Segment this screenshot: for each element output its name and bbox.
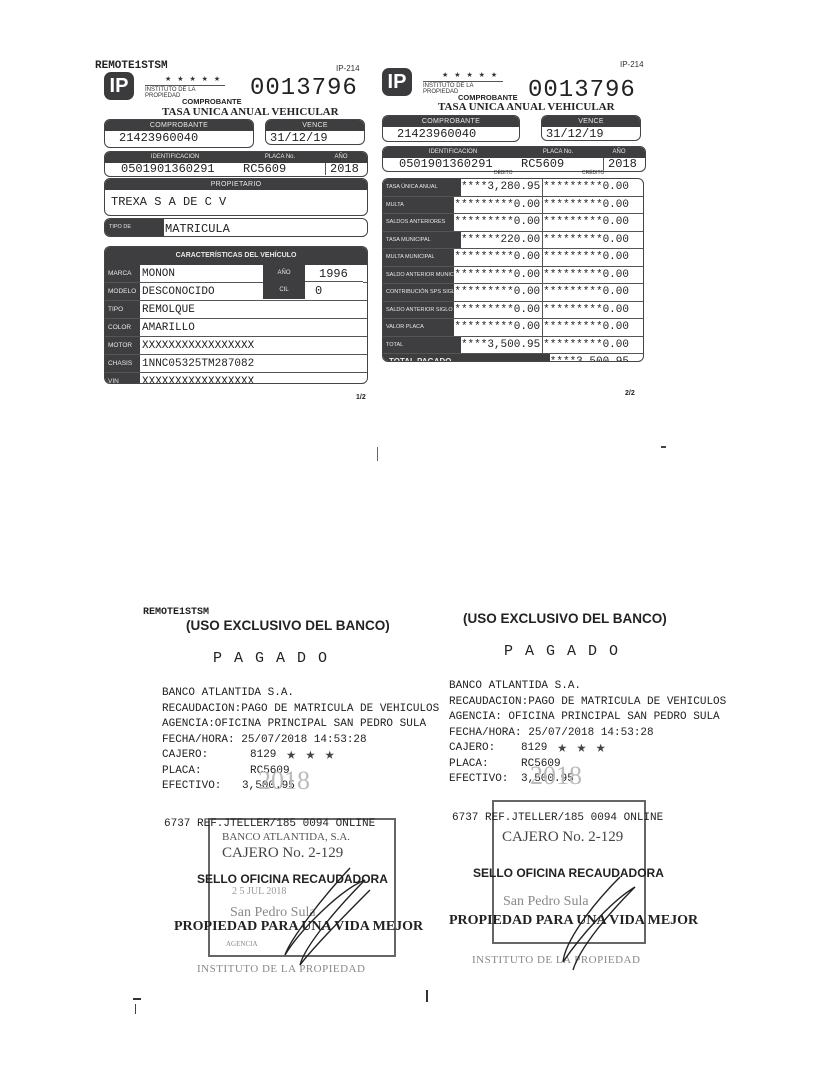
cil-value: 0 (305, 282, 363, 299)
stamp-agencia: AGENCIA (226, 940, 258, 948)
stamp-cajero: CAJERO No. 2-129 (502, 829, 623, 846)
placa-label: PLACA: (449, 757, 521, 773)
identificacion-box: IDENTIFICACION PLACA No. AÑO 05019013602… (104, 151, 368, 177)
vehicle-row: TIPOREMOLQUE (105, 301, 367, 319)
efectivo-label: EFECTIVO: (449, 772, 521, 788)
charge-debito: *********0.00 (454, 302, 543, 319)
pagado-label: PAGADO (504, 643, 630, 660)
charge-credito: *********0.00 (543, 319, 643, 336)
operacion-box: TIPO DE OPERACIÓN MATRICULA (104, 218, 368, 237)
charge-label: SALDO ANTERIOR SIGLO XXI (383, 302, 454, 319)
charge-credito: *********0.00 (543, 267, 643, 284)
agencia-line: AGENCIA:OFICINA PRINCIPAL SAN PEDRO SULA (162, 717, 439, 733)
identificacion-value: 0501901360291 (383, 158, 517, 170)
charge-credito: *********0.00 (543, 284, 643, 301)
charge-label: SALDOS ANTERIORES (383, 214, 454, 231)
charge-row: TASA ÚNICA ANUAL****3,280.95*********0.0… (383, 179, 643, 197)
charge-label: MULTA (383, 197, 454, 214)
bank-name: BANCO ATLANTIDA S.A. (449, 679, 726, 695)
signature-icon (260, 860, 380, 970)
vence-value: 31/12/19 (266, 131, 364, 145)
charge-label: VALOR PLACA (383, 319, 454, 336)
ano-cil-block: AÑO 1996 CIL 0 (263, 265, 363, 299)
stars-icon: ★ ★ ★ ★ ★ (442, 71, 499, 79)
recaudacion-line: RECAUDACION:PAGO DE MATRICULA DE VEHICUL… (449, 695, 726, 711)
charge-debito: *********0.00 (454, 214, 543, 231)
signature-icon (535, 872, 645, 972)
remote-label: REMOTE1STSM (143, 607, 209, 618)
charge-row: MULTA*********0.00*********0.00 (383, 197, 643, 215)
form-code: IP-214 (336, 64, 360, 73)
propietario-value: TREXA S A DE C V (105, 190, 367, 209)
vehicle-row: CHASIS1NNC05325TM287082 (105, 355, 367, 373)
charge-credito: *********0.00 (543, 179, 643, 196)
charge-row: VALOR PLACA*********0.00*********0.00 (383, 319, 643, 337)
scan-mark (133, 998, 141, 1000)
vehicle-field-value: 1NNC05325TM287082 (140, 355, 367, 372)
charge-label: CONTRIBUCIÓN SPS SIGLO XXI (383, 284, 454, 301)
efectivo-label: EFECTIVO: (162, 779, 242, 795)
remote-label: REMOTE1STSM (95, 60, 168, 72)
placa-label: PLACA: (162, 764, 250, 780)
vehicle-row: MOTORXXXXXXXXXXXXXXXXX (105, 337, 367, 355)
charge-debito: *********0.00 (454, 267, 543, 284)
ip-logo-icon: IP (104, 72, 134, 100)
ref-line: 6737 REF.JTELLER/185 0094 ONLINE (164, 818, 375, 830)
charge-debito: *********0.00 (454, 284, 543, 301)
operacion-value: MATRICULA (164, 219, 230, 236)
comprobante-box: COMPROBANTE 21423960040 (382, 115, 520, 142)
vehicle-field-label: VIN (105, 373, 140, 384)
ano-vehiculo-label: AÑO (263, 265, 305, 282)
charges-table: TASA ÚNICA ANUAL****3,280.95*********0.0… (382, 178, 644, 362)
comprobante-label: COMPROBANTE (182, 97, 242, 106)
pagado-label: PAGADO (213, 650, 339, 667)
cajero-label: CAJERO: (449, 741, 521, 757)
ref-line: 6737 REF.JTELLER/185 0094 ONLINE (452, 812, 663, 824)
operacion-label: TIPO DE OPERACIÓN (105, 219, 164, 236)
charge-credito: *********0.00 (543, 249, 643, 266)
charge-row: SALDO ANTERIOR SIGLO XXI*********0.00***… (383, 302, 643, 320)
vehicle-field-value: REMOLQUE (140, 301, 367, 318)
receipt-title: TASA UNICA ANUAL VEHICULAR (438, 101, 615, 113)
ip-logo-icon: IP (382, 68, 412, 96)
charge-label: TOTAL (383, 337, 461, 354)
agencia-line: AGENCIA: OFICINA PRINCIPAL SAN PEDRO SUL… (449, 710, 726, 726)
stamp-bank: BANCO ATLANTIDA, S.A. (222, 831, 350, 843)
identificacion-value: 0501901360291 (105, 163, 239, 175)
vehicle-row: COLORAMARILLO (105, 319, 367, 337)
charge-debito: *********0.00 (454, 319, 543, 336)
charge-credito: *********0.00 (543, 214, 643, 231)
charge-debito: *********0.00 (454, 249, 543, 266)
watermark-year: 2018 (530, 761, 582, 791)
form-code: IP-214 (620, 60, 644, 69)
stars-icon: ★ ★ ★ ★ ★ (165, 75, 222, 83)
charge-label: SALDO ANTERIOR MUNICIPAL (383, 267, 454, 284)
charge-label: TASA MUNICIPAL (383, 232, 461, 249)
stars-icon: ★ ★ ★ (557, 741, 605, 757)
vehicle-field-label: COLOR (105, 319, 140, 336)
charge-row: TASA MUNICIPAL******220.00*********0.00 (383, 232, 643, 250)
cajero-value: 8129 (521, 741, 547, 757)
charge-debito: *********0.00 (454, 197, 543, 214)
charge-row: MULTA MUNICIPAL*********0.00*********0.0… (383, 249, 643, 267)
receipt-title: TASA UNICA ANUAL VEHICULAR (162, 106, 339, 118)
uso-exclusivo-banco: (USO EXCLUSIVO DEL BANCO) (186, 618, 390, 633)
vehicle-field-label: MOTOR (105, 337, 140, 354)
vence-header: VENCE (542, 116, 640, 127)
placa-value: RC5609 (239, 163, 326, 175)
charge-credito: *********0.00 (543, 337, 643, 354)
vehicle-characteristics-box: CARACTERÍSTICAS DEL VEHÍCULO MARCAMONONM… (104, 246, 368, 384)
credito-header: CRÉDITO (582, 170, 604, 176)
vence-box: VENCE 31/12/19 (265, 119, 365, 145)
vehicle-field-value: XXXXXXXXXXXXXXXXX (140, 337, 367, 354)
charge-row: SALDOS ANTERIORES*********0.00*********0… (383, 214, 643, 232)
charge-debito: ****3,280.95 (461, 179, 543, 196)
comprobante-value: 21423960040 (383, 127, 519, 141)
propietario-box: PROPIETARIO TREXA S A DE C V (104, 178, 368, 216)
charge-row: CONTRIBUCIÓN SPS SIGLO XXI*********0.00*… (383, 284, 643, 302)
page-indicator: 1/2 (356, 394, 366, 401)
vehicle-field-label: MARCA (105, 265, 140, 282)
propietario-header: PROPIETARIO (105, 179, 367, 190)
bank-name: BANCO ATLANTIDA S.A. (162, 686, 439, 702)
charge-credito: *********0.00 (543, 302, 643, 319)
comprobante-value: 21423960040 (105, 131, 253, 145)
total-pagado-label: TOTAL PAGADO (383, 354, 550, 362)
vehicle-row: VINXXXXXXXXXXXXXXXXX (105, 373, 367, 384)
page-indicator: 2/2 (625, 390, 635, 397)
total-pagado-value: ****3,500.95 (550, 354, 643, 362)
charge-credito: *********0.00 (543, 197, 643, 214)
charge-rows: TASA ÚNICA ANUAL****3,280.95*********0.0… (383, 179, 643, 354)
comprobante-box: COMPROBANTE 21423960040 (104, 119, 254, 148)
comprobante-header: COMPROBANTE (383, 116, 519, 127)
watermark-year: 2018 (258, 766, 310, 796)
scan-mark (661, 446, 666, 448)
charge-credito: *********0.00 (543, 232, 643, 249)
vehicle-field-value: XXXXXXXXXXXXXXXXX (140, 373, 367, 384)
cajero-value: 8129 (250, 748, 276, 764)
charge-label: MULTA MUNICIPAL (383, 249, 454, 266)
scan-mark (426, 990, 428, 1002)
vence-value: 31/12/19 (542, 127, 640, 141)
identificacion-box: IDENTIFICACION PLACA No. AÑO 05019013602… (382, 146, 646, 172)
caracteristicas-header: CARACTERÍSTICAS DEL VEHÍCULO (105, 247, 367, 265)
debito-header: DÉBITO (494, 170, 513, 176)
cajero-label: CAJERO: (162, 748, 250, 764)
bank-receipt-text: BANCO ATLANTIDA S.A. RECAUDACION:PAGO DE… (449, 679, 726, 788)
total-pagado-row: TOTAL PAGADO ****3,500.95 (383, 354, 643, 362)
recaudacion-line: RECAUDACION:PAGO DE MATRICULA DE VEHICUL… (162, 702, 439, 718)
comprobante-header: COMPROBANTE (105, 120, 253, 131)
uso-exclusivo-banco: (USO EXCLUSIVO DEL BANCO) (463, 611, 667, 626)
receipt-number: 0013796 (250, 75, 358, 102)
vehicle-field-value: AMARILLO (140, 319, 367, 336)
ano-value: 2018 (604, 158, 645, 170)
stars-icon: ★ ★ ★ (286, 748, 334, 764)
charge-debito: ****3,500.95 (461, 337, 543, 354)
receipt-number: 0013796 (528, 77, 636, 104)
scan-mark (135, 1004, 136, 1014)
ano-vehiculo-value: 1996 (305, 265, 363, 282)
vehicle-field-label: CHASIS (105, 355, 140, 372)
scan-mark (377, 447, 378, 461)
vence-header: VENCE (266, 120, 364, 131)
charge-row: TOTAL****3,500.95*********0.00 (383, 337, 643, 355)
ano-value: 2018 (326, 163, 367, 175)
charge-label: TASA ÚNICA ANUAL (383, 179, 461, 196)
charge-row: SALDO ANTERIOR MUNICIPAL*********0.00***… (383, 267, 643, 285)
vehicle-field-label: TIPO (105, 301, 140, 318)
vehicle-field-label: MODELO (105, 283, 140, 300)
placa-value: RC5609 (517, 158, 604, 170)
charge-debito: ******220.00 (461, 232, 543, 249)
vence-box: VENCE 31/12/19 (541, 115, 641, 141)
cil-label: CIL (263, 282, 305, 299)
